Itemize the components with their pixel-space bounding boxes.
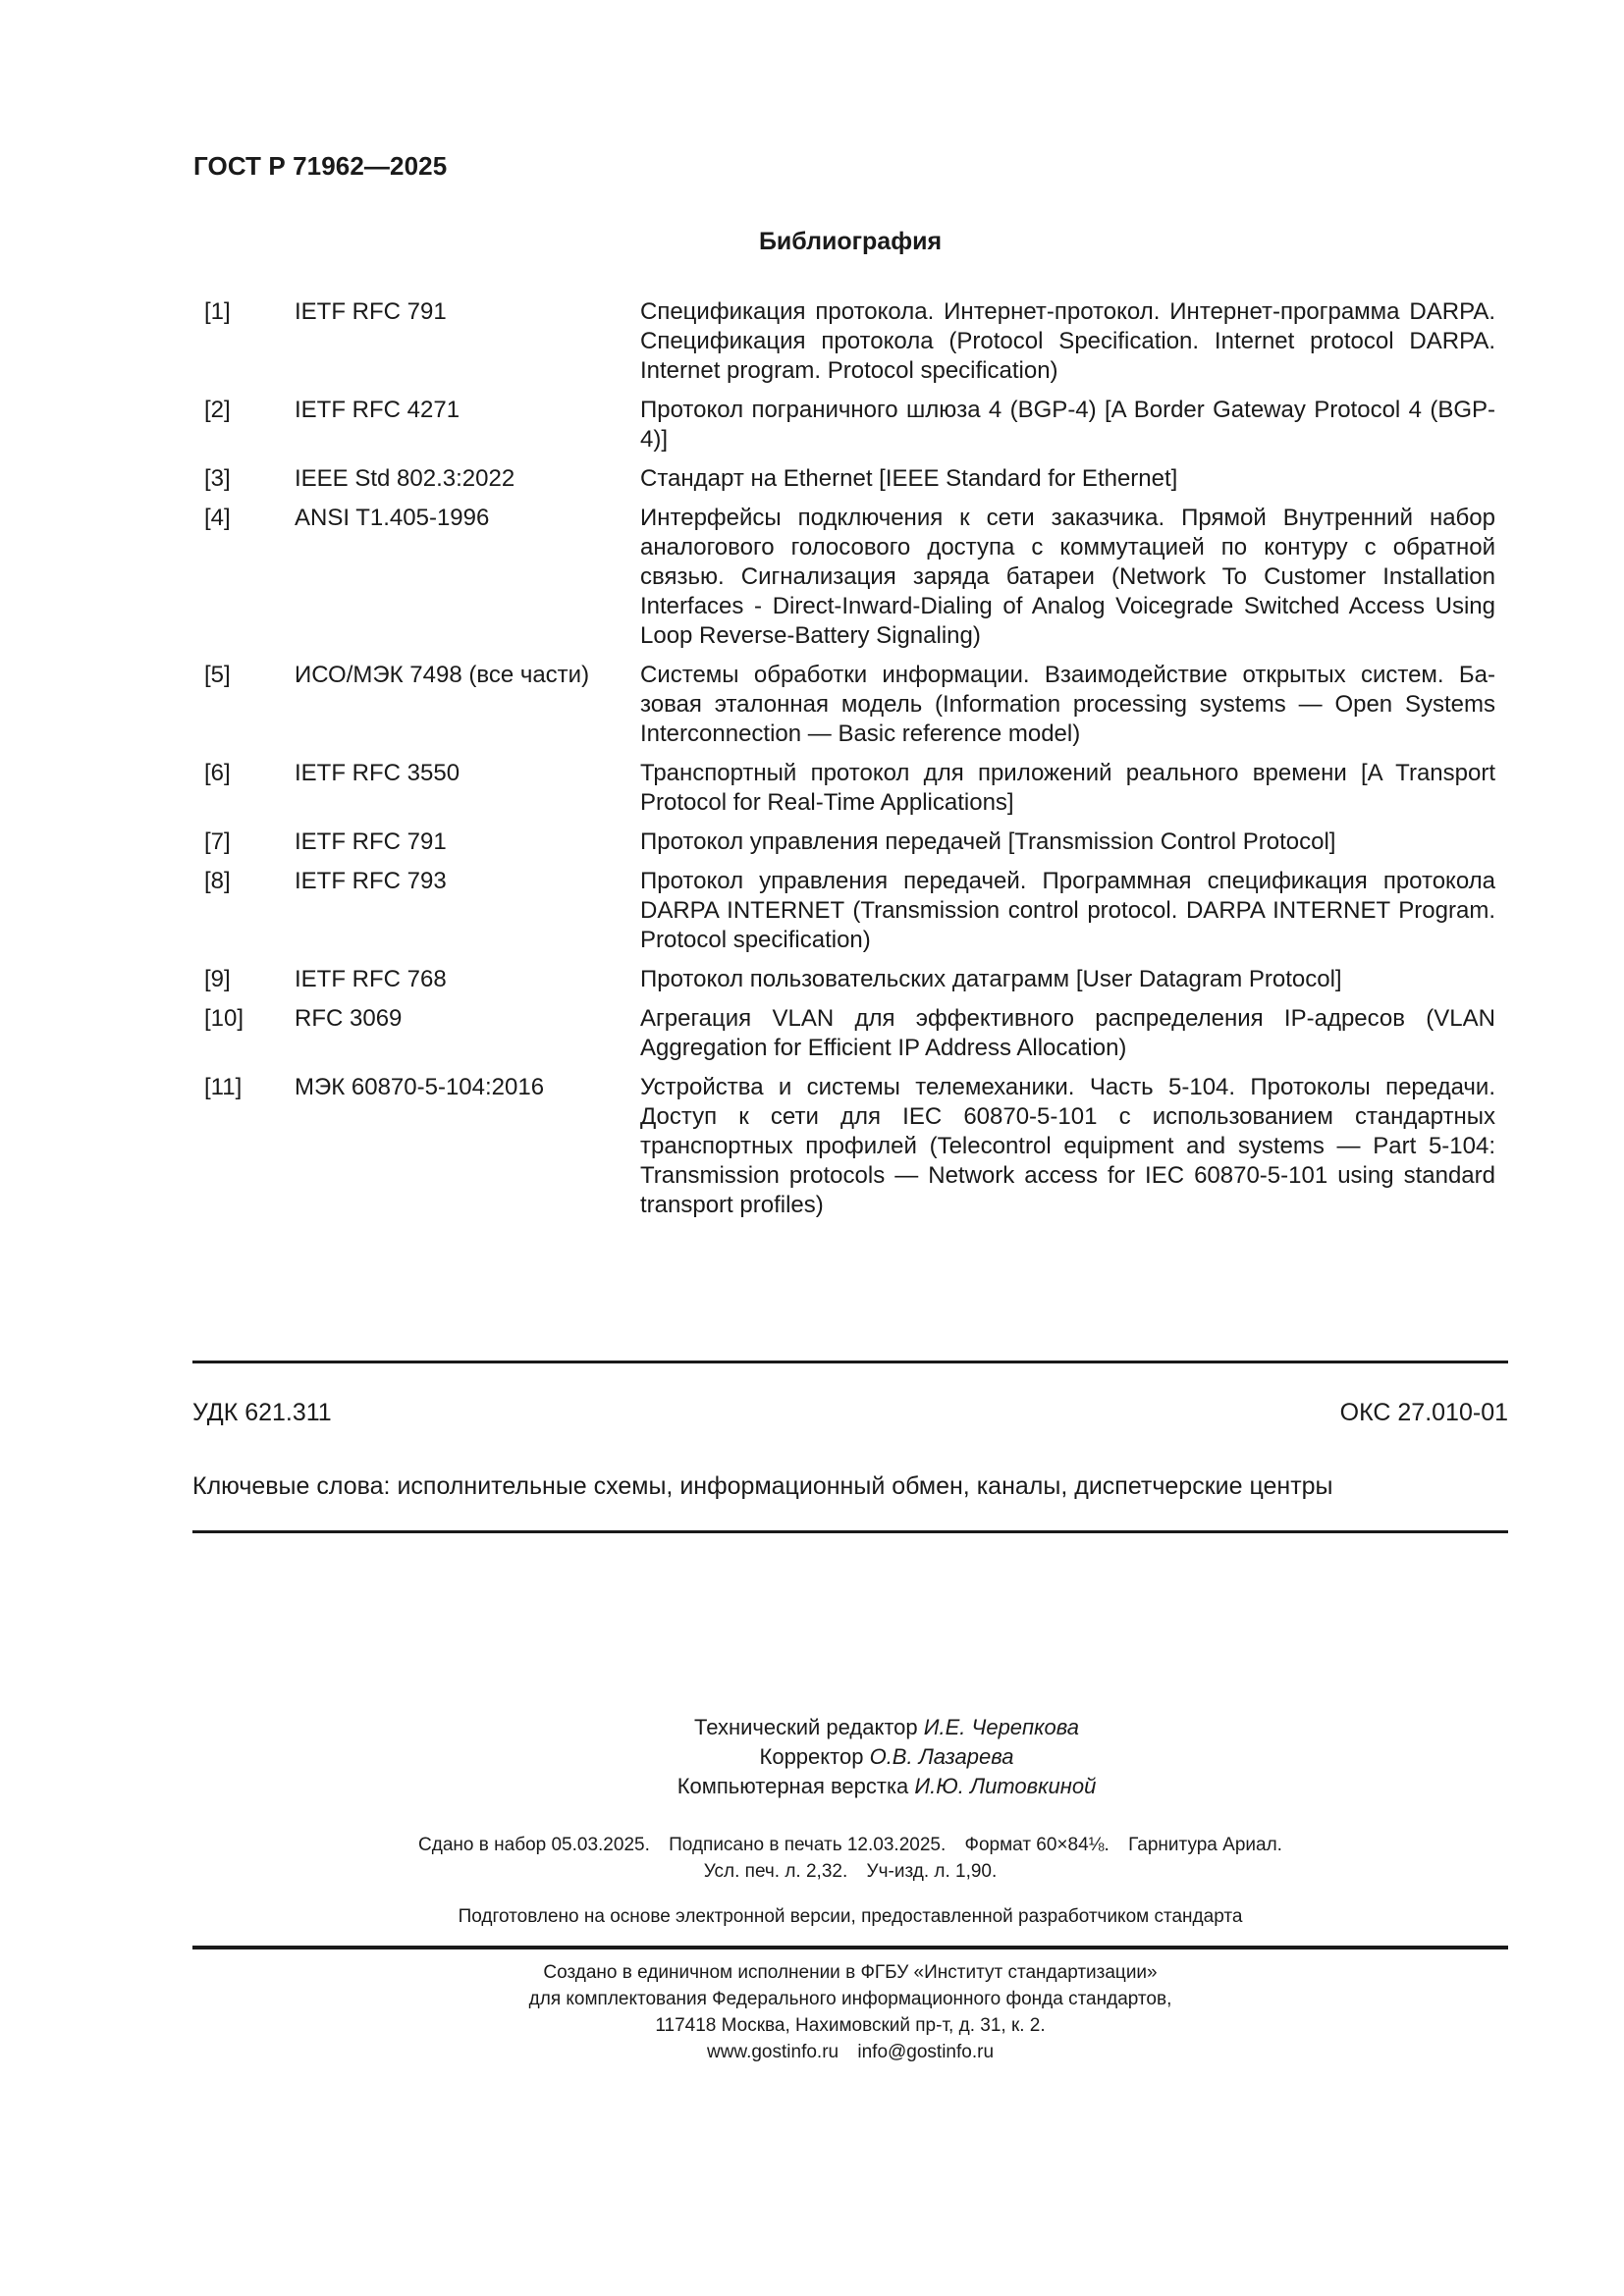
- entry-description: Стандарт на Ethernet [IEEE Standard for …: [640, 464, 1495, 494]
- entry-number: [1]: [192, 297, 295, 327]
- credit-line-corrector: Корректор О.В. Лазарева: [229, 1742, 1544, 1772]
- publisher-block: Создано в единичном исполнении в ФГБУ «И…: [192, 1959, 1508, 2065]
- imprint-line-2: Усл. печ. л. 2,32. Уч-изд. л. 1,90.: [192, 1858, 1508, 1885]
- classification-row: УДК 621.311 ОКС 27.010-01: [192, 1399, 1508, 1427]
- document-page: ГОСТ Р 71962—2025 Библиография [1]IETF R…: [0, 0, 1624, 2296]
- publisher-address: 117418 Москва, Нахимовский пр-т, д. 31, …: [192, 2012, 1508, 2039]
- entry-number: [3]: [192, 464, 295, 494]
- entry-code: IEEE Std 802.3:2022: [295, 464, 640, 494]
- divider-publisher: [192, 1946, 1508, 1949]
- credits-block: Технический редактор И.Е. Черепкова Корр…: [229, 1713, 1544, 1801]
- entry-code: IETF RFC 4271: [295, 396, 640, 425]
- imprint-line-1: Сдано в набор 05.03.2025. Подписано в пе…: [192, 1832, 1508, 1858]
- udk-code: УДК 621.311: [192, 1399, 332, 1427]
- entry-description: Интерфейсы подключения к сети заказчика.…: [640, 504, 1495, 651]
- entry-number: [11]: [192, 1073, 295, 1102]
- bibliography-entry: [3]IEEE Std 802.3:2022Стандарт на Ethern…: [192, 464, 1508, 494]
- divider-top: [192, 1361, 1508, 1363]
- bibliography-entry: [7]IETF RFC 791Протокол управления перед…: [192, 828, 1508, 857]
- entry-code: IETF RFC 768: [295, 965, 640, 994]
- bibliography-entry: [1]IETF RFC 791Спецификация протокола. И…: [192, 297, 1508, 386]
- credit-role: Технический редактор: [694, 1715, 918, 1739]
- keywords: Ключевые слова: исполнительные схемы, ин…: [192, 1472, 1508, 1501]
- credit-name: О.В. Лазарева: [870, 1744, 1014, 1769]
- entry-number: [8]: [192, 867, 295, 896]
- entry-description: Устройства и системы телемеханики. Часть…: [640, 1073, 1495, 1220]
- entry-code: RFC 3069: [295, 1004, 640, 1034]
- prepared-note: Подготовлено на основе электронной верси…: [192, 1906, 1508, 1928]
- typeface: Гарнитура Ариал.: [1128, 1835, 1282, 1855]
- entry-code: МЭК 60870-5-104:2016: [295, 1073, 640, 1102]
- section-title: Библиография: [192, 228, 1508, 256]
- entry-description: Протокол пограничного шлюза 4 (BGP-4) [A…: [640, 396, 1495, 454]
- bibliography-entry: [4]ANSI T1.405-1996Интерфейсы подключени…: [192, 504, 1508, 651]
- entry-number: [4]: [192, 504, 295, 533]
- credit-name: И.Ю. Литовкиной: [914, 1774, 1096, 1798]
- entry-code: ИСО/МЭК 7498 (все части): [295, 661, 640, 690]
- bibliography-entry: [5]ИСО/МЭК 7498 (все части)Системы обраб…: [192, 661, 1508, 749]
- entry-number: [2]: [192, 396, 295, 425]
- entry-description: Протокол пользовательских датаграмм [Use…: [640, 965, 1495, 994]
- imprint-block: Сдано в набор 05.03.2025. Подписано в пе…: [192, 1832, 1508, 1885]
- website-link[interactable]: www.gostinfo.ru: [707, 2042, 839, 2062]
- bibliography-entry: [11]МЭК 60870-5-104:2016Устройства и сис…: [192, 1073, 1508, 1220]
- entry-number: [5]: [192, 661, 295, 690]
- entry-code: IETF RFC 791: [295, 828, 640, 857]
- entry-description: Системы обработки информации. Взаимодейс…: [640, 661, 1495, 749]
- credit-role: Корректор: [760, 1744, 864, 1769]
- bibliography-entry: [8]IETF RFC 793Протокол управления перед…: [192, 867, 1508, 955]
- entry-number: [9]: [192, 965, 295, 994]
- entry-description: Спецификация протокола. Интернет-протоко…: [640, 297, 1495, 386]
- entry-code: IETF RFC 793: [295, 867, 640, 896]
- entry-description: Протокол управления передачей [Transmiss…: [640, 828, 1495, 857]
- credit-line-editor: Технический редактор И.Е. Черепкова: [229, 1713, 1544, 1742]
- bibliography-entry: [2]IETF RFC 4271Протокол пограничного шл…: [192, 396, 1508, 454]
- credit-line-layout: Компьютерная верстка И.Ю. Литовкиной: [229, 1772, 1544, 1801]
- entry-code: ANSI T1.405-1996: [295, 504, 640, 533]
- entry-description: Транспортный протокол для приложений реа…: [640, 759, 1495, 818]
- entry-code: IETF RFC 791: [295, 297, 640, 327]
- email-link[interactable]: info@gostinfo.ru: [857, 2042, 994, 2062]
- submitted-date: Сдано в набор 05.03.2025.: [418, 1835, 650, 1855]
- credit-name: И.Е. Черепкова: [924, 1715, 1079, 1739]
- credit-role: Компьютерная верстка: [677, 1774, 909, 1798]
- entry-number: [6]: [192, 759, 295, 788]
- bibliography-entry: [9]IETF RFC 768Протокол пользовательских…: [192, 965, 1508, 994]
- entry-number: [10]: [192, 1004, 295, 1034]
- bibliography-entry: [10]RFC 3069Агрегация VLAN для эффективн…: [192, 1004, 1508, 1063]
- entry-description: Протокол управления передачей. Программн…: [640, 867, 1495, 955]
- paper-format: Формат 60×84⅛.: [965, 1835, 1110, 1855]
- entry-number: [7]: [192, 828, 295, 857]
- entry-description: Агрегация VLAN для эффективного распреде…: [640, 1004, 1495, 1063]
- print-sheets: Усл. печ. л. 2,32.: [704, 1861, 848, 1882]
- publisher-contacts: www.gostinfo.ru info@gostinfo.ru: [192, 2039, 1508, 2065]
- publisher-line-1: Создано в единичном исполнении в ФГБУ «И…: [192, 1959, 1508, 1986]
- publisher-sheets: Уч-изд. л. 1,90.: [867, 1861, 998, 1882]
- divider-bottom: [192, 1530, 1508, 1533]
- publisher-line-2: для комплектования Федерального информац…: [192, 1986, 1508, 2012]
- oks-code: ОКС 27.010-01: [1340, 1399, 1508, 1427]
- bibliography-entry: [6]IETF RFC 3550Транспортный протокол дл…: [192, 759, 1508, 818]
- entry-code: IETF RFC 3550: [295, 759, 640, 788]
- bibliography-list: [1]IETF RFC 791Спецификация протокола. И…: [192, 297, 1508, 1230]
- document-code: ГОСТ Р 71962—2025: [193, 151, 447, 182]
- signed-date: Подписано в печать 12.03.2025.: [669, 1835, 946, 1855]
